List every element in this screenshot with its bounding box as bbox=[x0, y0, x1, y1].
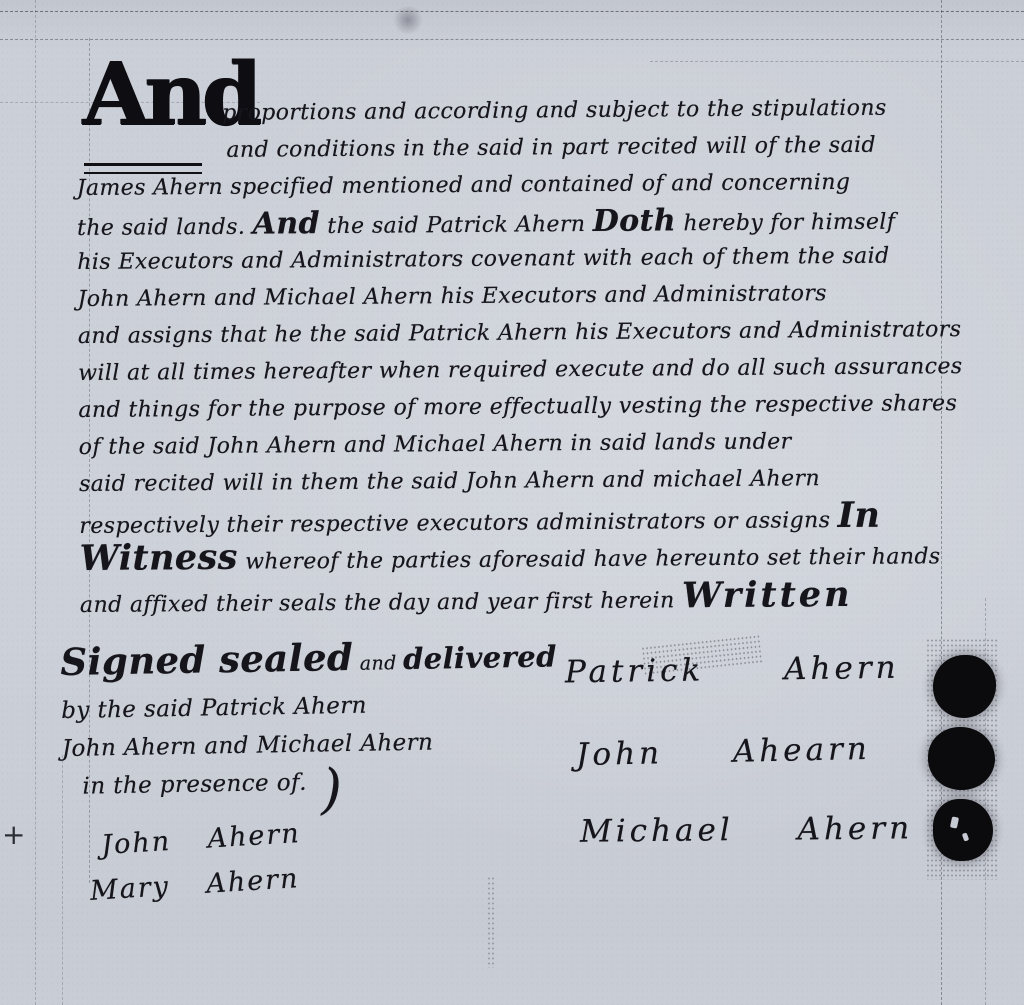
deed-text: and conditions in the said in part recit… bbox=[226, 133, 876, 163]
ink-smudge-top bbox=[392, 6, 424, 34]
deed-line: proportions and according and subject to… bbox=[222, 89, 976, 132]
top-ruled-line-3 bbox=[650, 61, 1024, 62]
deed-text: John Ahern and Michael Ahern his Executo… bbox=[78, 281, 828, 312]
attestation-bracket: ) bbox=[320, 757, 343, 820]
top-ruled-line bbox=[0, 11, 1024, 12]
attestation-lead: Signed sealed and delivered bbox=[60, 632, 541, 692]
attestation-line: in the presence of.) bbox=[82, 760, 543, 813]
deed-text: whereof the parties aforesaid have hereu… bbox=[238, 544, 941, 575]
deed-text: James Ahern specified mentioned and cont… bbox=[77, 170, 851, 201]
deed-text: proportions and according and subject to… bbox=[222, 96, 887, 126]
party-signature: John Ahearn bbox=[576, 731, 872, 773]
deed-text: of the said John Ahern and Michael Ahern… bbox=[79, 429, 792, 460]
deed-text: the said lands. bbox=[77, 215, 253, 241]
attestation-lead-end: delivered bbox=[403, 639, 557, 676]
attestation-lead-large: Signed sealed bbox=[60, 635, 354, 684]
deed-text: and affixed their seals the day and year… bbox=[80, 588, 682, 618]
wax-seal bbox=[933, 799, 993, 861]
registration-cross-mark: + bbox=[2, 818, 25, 851]
deed-line: and affixed their seals the day and year… bbox=[80, 575, 980, 619]
wax-seal bbox=[928, 727, 995, 790]
deed-text: said recited will in them the said John … bbox=[79, 466, 820, 497]
deed-text-emphasis: Witness bbox=[79, 537, 237, 579]
witness-block: John Ahern Mary Ahern bbox=[86, 811, 305, 914]
deed-line: and conditions in the said in part recit… bbox=[226, 126, 976, 169]
deed-text-emphasis: And bbox=[252, 206, 320, 242]
right-margin-line-2 bbox=[985, 598, 986, 1005]
party-signature: Patrick Ahern bbox=[565, 650, 900, 691]
deed-text-emphasis: In bbox=[838, 495, 881, 536]
deed-text: and things for the purpose of more effec… bbox=[78, 391, 957, 423]
deed-text-emphasis: Written bbox=[682, 574, 853, 616]
fold-smudge bbox=[487, 876, 494, 968]
deed-line: his Executors and Administrators covenan… bbox=[77, 237, 977, 281]
deed-text: his Executors and Administrators covenan… bbox=[77, 244, 889, 275]
deed-body: proportions and according and subject to… bbox=[76, 89, 980, 619]
deed-line: and things for the purpose of more effec… bbox=[78, 385, 978, 429]
attestation-block: Signed sealed and delivered by the said … bbox=[60, 632, 543, 813]
top-ruled-line-2 bbox=[0, 39, 1024, 40]
deed-text: the said Patrick Ahern bbox=[320, 212, 593, 239]
deed-text-emphasis: Doth bbox=[593, 203, 677, 239]
attestation-lead-mid: and bbox=[353, 652, 403, 675]
left-margin-line bbox=[35, 0, 36, 1005]
scanned-deed-page: + And proportions and according and subj… bbox=[0, 0, 1024, 1005]
attestation-presence-text: in the presence of. bbox=[82, 770, 307, 800]
wax-seal bbox=[933, 655, 996, 718]
deed-text: and assigns that he the said Patrick Ahe… bbox=[78, 317, 962, 349]
deed-text: will at all times hereafter when require… bbox=[78, 354, 963, 386]
party-signature: Michael Ahern bbox=[580, 810, 913, 849]
deed-text: hereby for himself bbox=[676, 210, 895, 237]
